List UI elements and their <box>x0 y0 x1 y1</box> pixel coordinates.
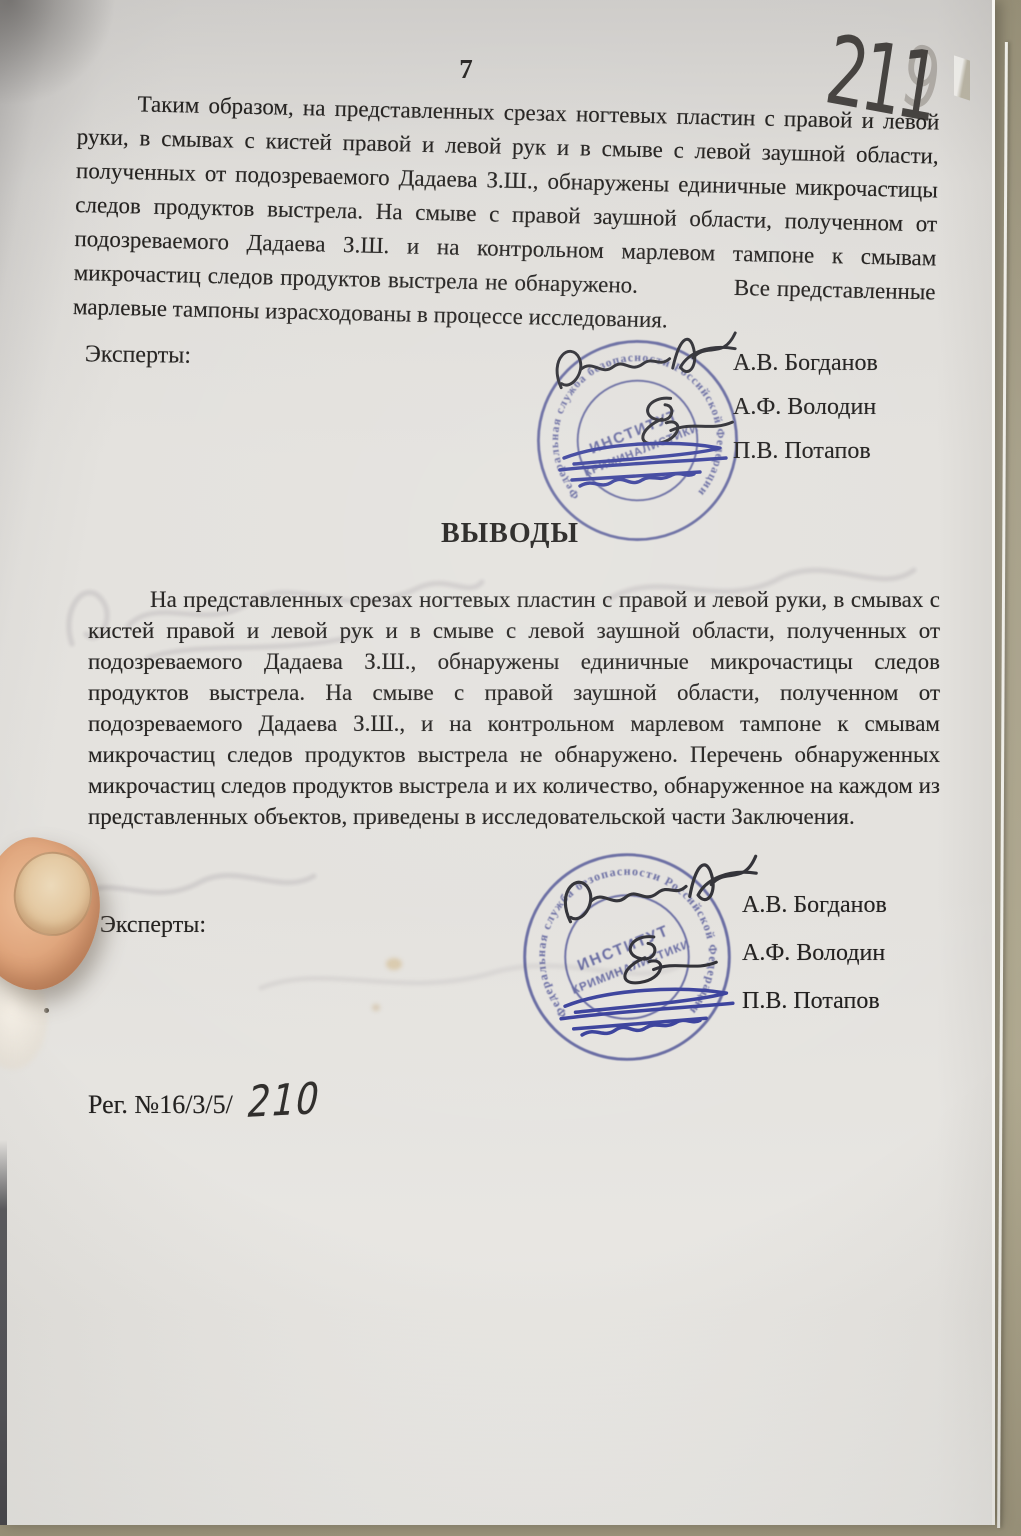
expert-name: П.В. Потапов <box>733 438 878 465</box>
paragraph-gap <box>638 293 734 295</box>
expert-name: П.В. Потапов <box>742 988 887 1015</box>
experts-names-top: А.В. Богданов А.Ф. Володин П.В. Потапов <box>733 350 878 465</box>
paper-stain <box>372 1004 380 1011</box>
signature-potapov-2 <box>548 980 749 1041</box>
experts-names-bottom: А.В. Богданов А.Ф. Володин П.В. Потапов <box>742 892 887 1015</box>
conclusions-heading: ВЫВОДЫ <box>80 518 940 550</box>
experts-label: Эксперты: <box>85 341 191 369</box>
underlying-sheet-edge <box>997 42 1008 1528</box>
expert-name: А.Ф. Володин <box>733 394 878 421</box>
document-page: 7 9 211 Таким образом, на представленных… <box>0 0 995 1525</box>
expert-name: А.В. Богданов <box>733 350 878 377</box>
page-corner-notch <box>954 55 970 100</box>
paper-stain <box>386 958 402 970</box>
registration-number-printed: Рег. №16/3/5/ <box>88 1090 233 1119</box>
thumb-holding-page <box>0 840 112 1070</box>
signature-potapov <box>560 436 728 492</box>
registration-line: Рег. №16/3/5/210 <box>88 1078 331 1128</box>
page-left-shadow-edge <box>0 1140 7 1525</box>
expert-name: А.Ф. Володин <box>742 940 887 967</box>
signature-volodin-2 <box>599 925 722 989</box>
registration-number-handwritten: 210 <box>243 1074 325 1128</box>
page-number: 7 <box>0 54 932 85</box>
summary-paragraph: Таким образом, на представленных срезах … <box>73 86 940 343</box>
experts-label: Эксперты: <box>100 912 206 939</box>
summary-text-1: Таким образом, на представленных срезах … <box>73 91 939 297</box>
photo-background: 7 9 211 Таким образом, на представленных… <box>0 0 1021 1536</box>
expert-name: А.В. Богданов <box>742 892 887 919</box>
conclusions-paragraph: На представленных срезах ногтевых пласти… <box>88 584 940 832</box>
